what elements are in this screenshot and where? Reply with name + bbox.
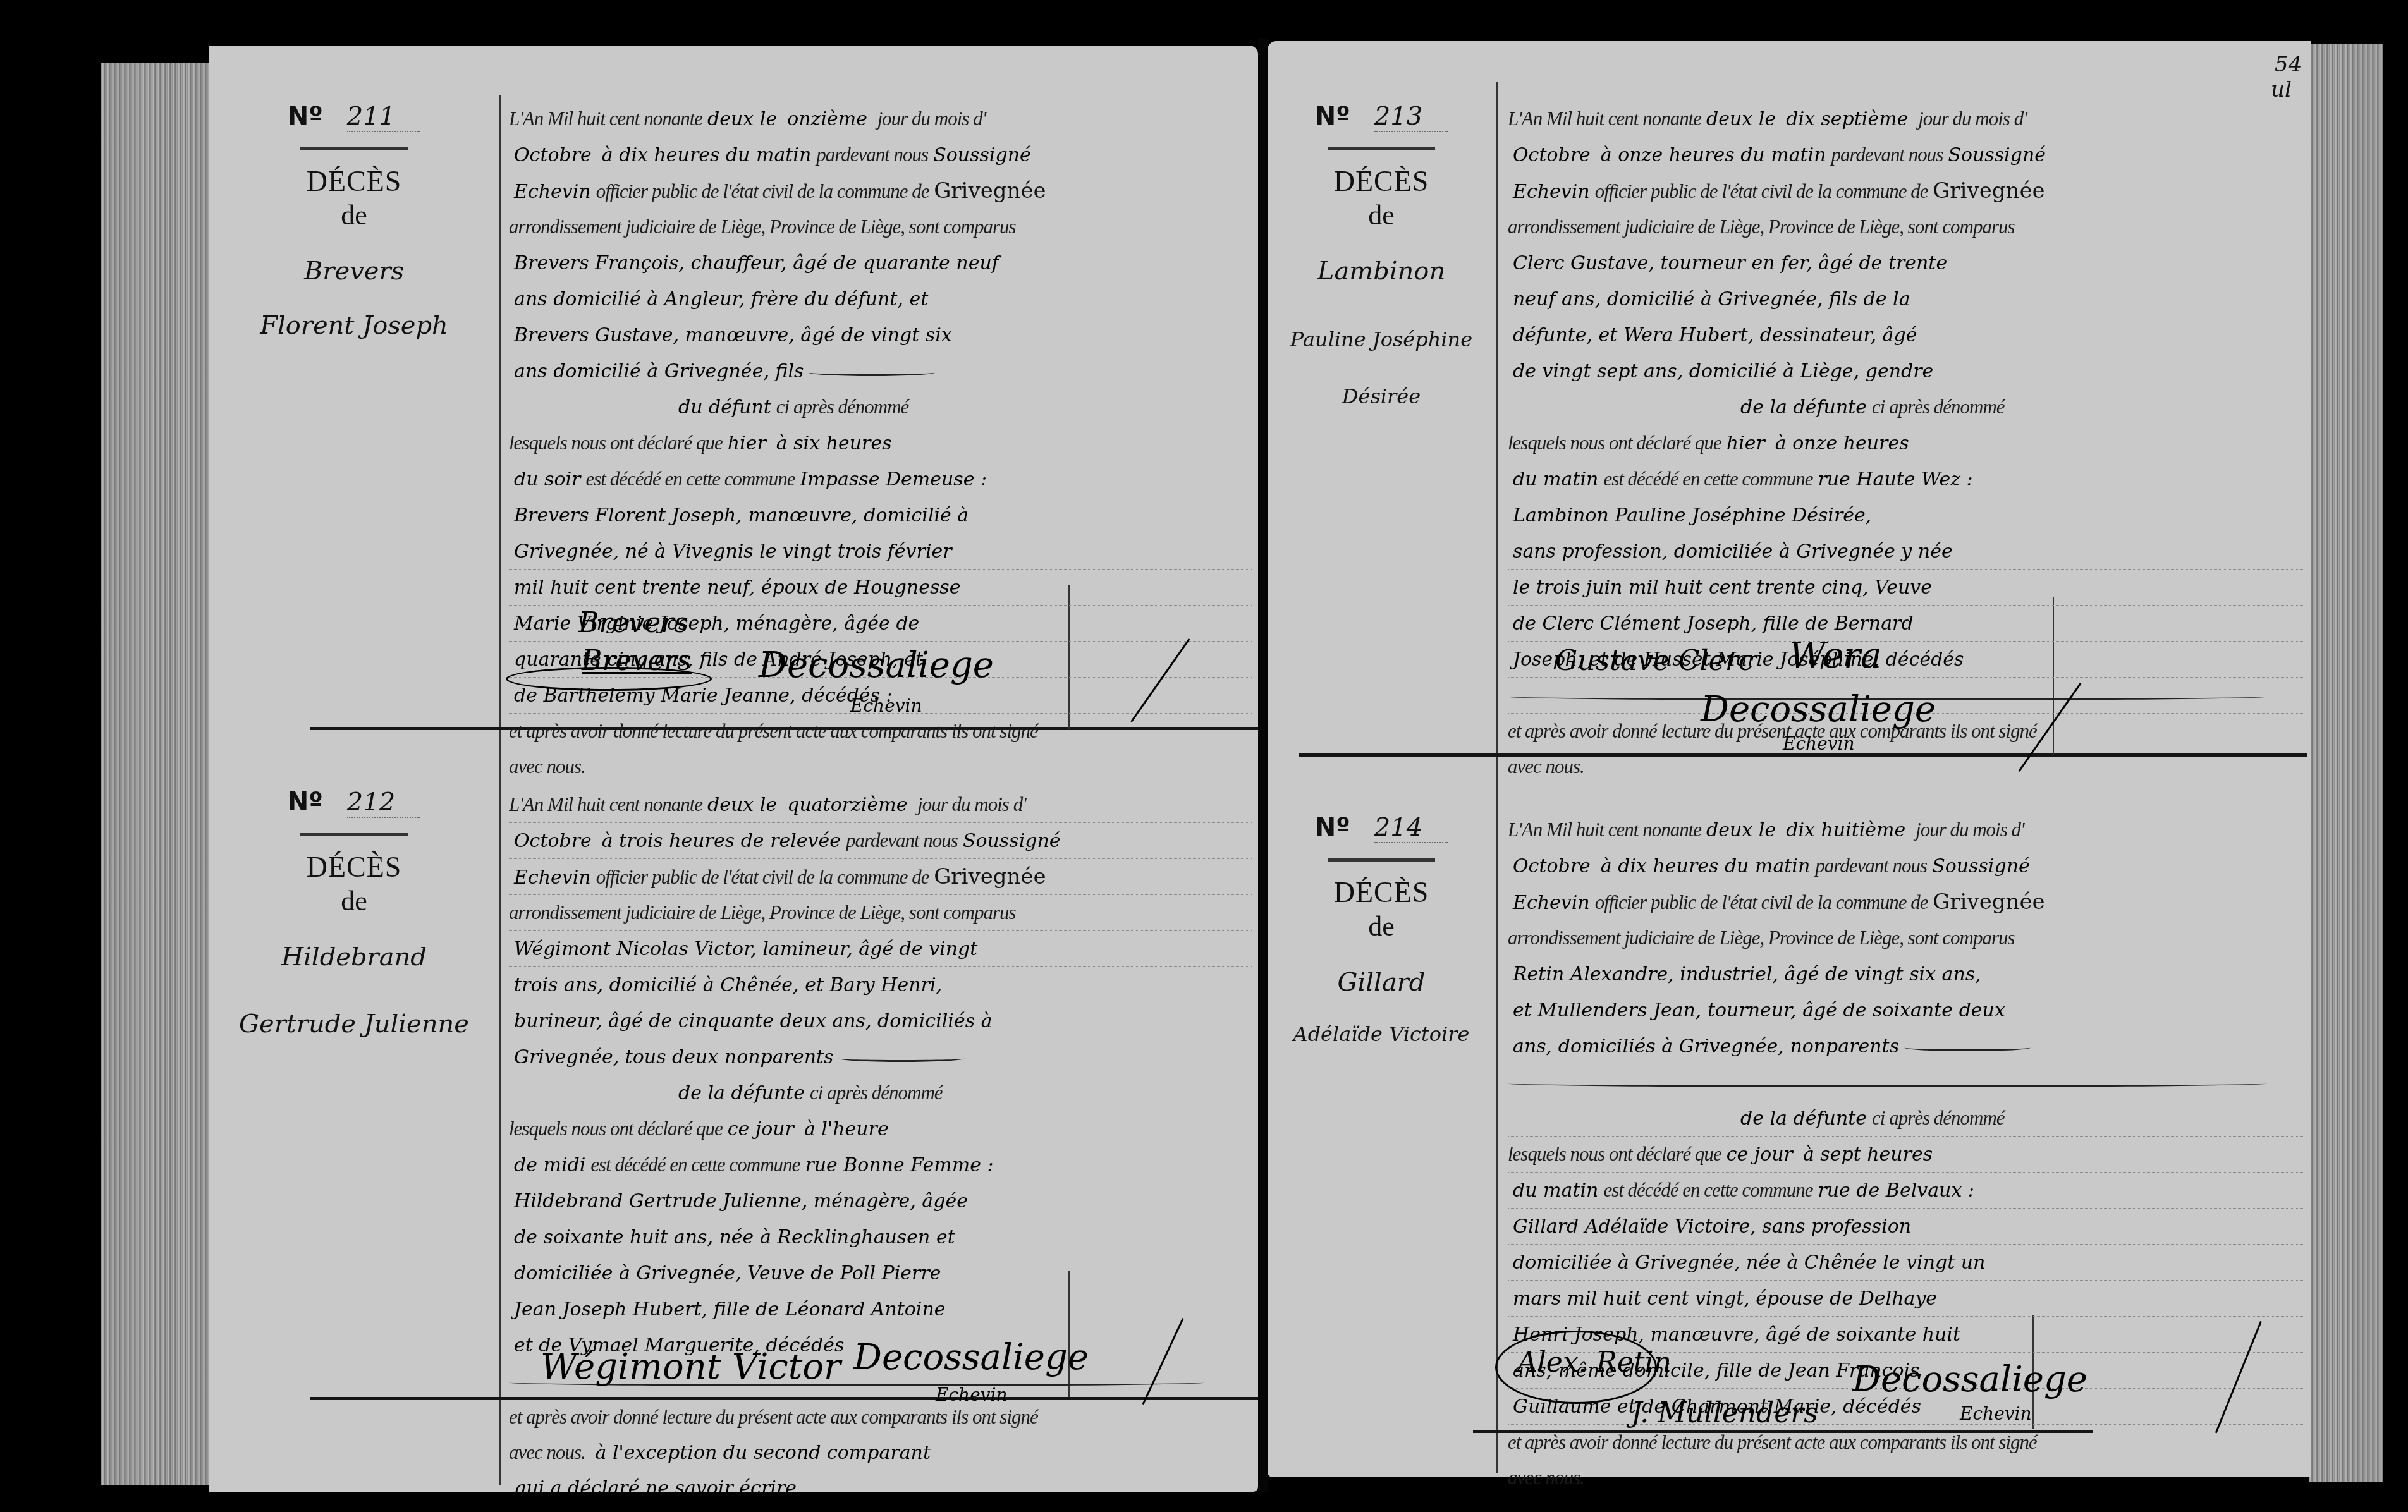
record-number-value: 214 <box>1374 813 1448 843</box>
deceased-given-names: Adélaïde Victoire <box>1268 1022 1495 1046</box>
de-label: de <box>209 199 499 231</box>
signatory-title: Echevin <box>1783 733 1855 754</box>
record-213-margin: Nº 213 DÉCÈS de Lambinon Pauline Joséphi… <box>1268 101 1495 425</box>
record-number-value: 213 <box>1374 102 1448 132</box>
signature-witness-1: Wégimont Victor <box>541 1346 841 1387</box>
signature-officer: Decossaliege <box>1852 1359 2087 1400</box>
commune-name: Grivegnée <box>934 178 1046 204</box>
de-label: de <box>1268 199 1495 231</box>
record-number: Nº 214 <box>1268 812 1495 842</box>
right-margin-rule <box>1496 82 1498 1473</box>
record-number: Nº 213 <box>1268 101 1495 131</box>
deces-label: DÉCÈS <box>209 850 499 884</box>
record-number-value: 212 <box>347 788 420 818</box>
signatory-title: Echevin <box>850 695 922 716</box>
decorative-rule <box>1328 858 1435 862</box>
record-number-value: 211 <box>347 102 420 132</box>
deceased-surname: Brevers <box>209 257 499 286</box>
signature-witness-2: J. Mullenders <box>1631 1397 1818 1429</box>
record-213-body: L'An Mil huit cent nonantedeux ledix sep… <box>1508 101 2304 784</box>
record-number: Nº 211 <box>209 101 499 131</box>
signature-witness-2: Wera <box>1789 635 1881 676</box>
deceased-surname: Lambinon <box>1268 257 1495 286</box>
right-page-stack <box>2309 44 2383 1482</box>
record-212-body: L'An Mil huit cent nonantedeux lequatorz… <box>509 787 1252 1506</box>
signature-witness-1: Brevers <box>578 607 688 639</box>
signature-witness-1: Alex. Retin <box>1517 1346 1672 1379</box>
de-label: de <box>209 885 499 917</box>
decorative-rule <box>1328 147 1435 150</box>
deceased-surname: Hildebrand <box>209 942 499 972</box>
deces-label: DÉCÈS <box>1268 164 1495 198</box>
left-page-stack <box>101 63 210 1485</box>
deceased-given-names: Pauline Joséphine Désirée <box>1268 311 1495 425</box>
left-margin-rule <box>499 95 501 1485</box>
deces-label: DÉCÈS <box>1268 875 1495 909</box>
decorative-rule <box>300 833 408 836</box>
decorative-rule <box>300 147 408 150</box>
deceased-given-names: Gertrude Julienne <box>209 1009 499 1039</box>
page-number-value: 54 <box>2275 52 2302 77</box>
deceased-surname: Gillard <box>1268 968 1495 997</box>
book-gutter <box>1258 38 1268 1492</box>
de-label: de <box>1268 910 1495 942</box>
signature-officer: Decossaliege <box>1701 689 1936 730</box>
signature-officer: Decossaliege <box>759 645 994 686</box>
page-initials: ul <box>2271 77 2302 102</box>
signature-flourish <box>506 667 712 691</box>
record-212-margin: Nº 212 DÉCÈS de Hildebrand Gertrude Juli… <box>209 787 499 1039</box>
deces-label: DÉCÈS <box>209 164 499 198</box>
signature-officer: Decossaliege <box>853 1337 1089 1378</box>
record-214-margin: Nº 214 DÉCÈS de Gillard Adélaïde Victoir… <box>1268 812 1495 1046</box>
deceased-given-names: Florent Joseph <box>209 311 499 340</box>
record-211-margin: Nº 211 DÉCÈS de Brevers Florent Joseph <box>209 101 499 340</box>
signature-witness-1: Gustave Clerc <box>1555 645 1754 677</box>
signatory-title: Echevin <box>936 1384 1008 1405</box>
signatory-title: Echevin <box>1960 1403 2032 1424</box>
record-number: Nº 212 <box>209 787 499 817</box>
page-number: 54 ul <box>2275 52 2302 102</box>
